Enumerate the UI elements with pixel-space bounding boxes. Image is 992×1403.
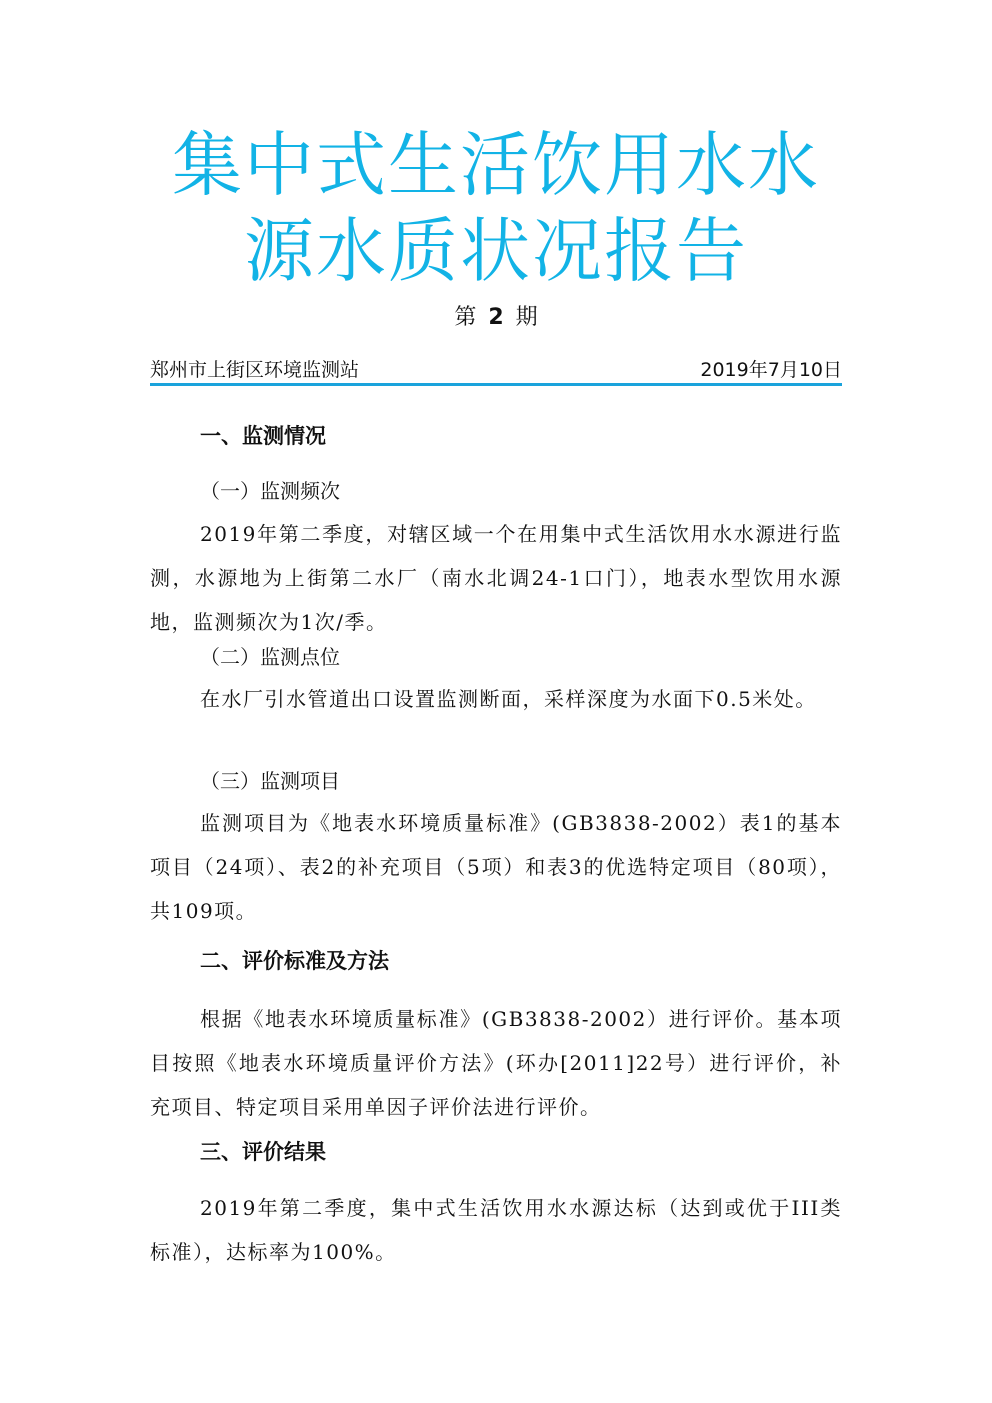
- paragraph-items: 监测项目为《地表水环境质量标准》(GB3838-2002）表1的基本项目（24项…: [150, 801, 842, 933]
- paragraph-frequency: 2019年第二季度，对辖区域一个在用集中式生活饮用水水源进行监测，水源地为上街第…: [150, 512, 842, 644]
- header-divider: [150, 383, 842, 386]
- paragraph-results: 2019年第二季度，集中式生活饮用水水源达标（达到或优于III类标准），达标率为…: [150, 1186, 842, 1274]
- paragraph-standards: 根据《地表水环境质量标准》(GB3838-2002）进行评价。基本项目按照《地表…: [150, 997, 842, 1129]
- report-date: 2019年7月10日: [700, 356, 842, 384]
- section-heading-standards: 二、评价标准及方法: [200, 946, 389, 976]
- organization-name: 郑州市上街区环境监测站: [150, 356, 359, 384]
- subsection-heading-items: （三）监测项目: [200, 766, 340, 796]
- subsection-heading-location: （二）监测点位: [200, 642, 340, 672]
- issue-suffix: 期: [516, 305, 538, 330]
- document-page: 集中式生活饮用水水 源水质状况报告 第2期 郑州市上街区环境监测站 2019年7…: [0, 0, 992, 1403]
- report-title-line-1: 集中式生活饮用水水: [150, 123, 842, 207]
- paragraph-location: 在水厂引水管道出口设置监测断面，采样深度为水面下0.5米处。: [150, 677, 842, 721]
- subsection-heading-frequency: （一）监测频次: [200, 476, 340, 506]
- issue-prefix: 第: [454, 305, 476, 330]
- issue-value: 2: [488, 305, 503, 330]
- section-heading-monitoring: 一、监测情况: [200, 421, 326, 451]
- section-heading-results: 三、评价结果: [200, 1137, 326, 1167]
- issue-number: 第2期: [150, 303, 842, 333]
- report-title-line-2: 源水质状况报告: [150, 209, 842, 293]
- report-meta: 郑州市上街区环境监测站 2019年7月10日: [150, 356, 842, 384]
